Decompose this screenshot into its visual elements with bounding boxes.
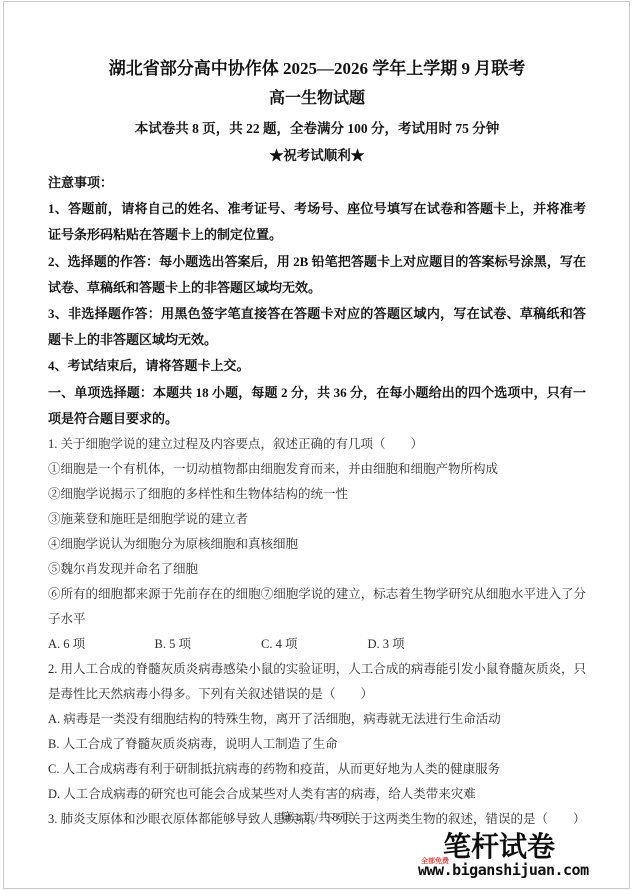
exam-subtitle: 高一生物试题: [48, 88, 586, 110]
notice-item-3: 3、非选择题作答：用黑色签字笔直接答在答题卡对应的答题区域内，写在试卷、草稿纸和…: [48, 301, 586, 353]
question-1-option-c: C. 4 项: [261, 632, 368, 657]
question-2-option-b: B. 人工合成了脊髓灰质炎病毒，说明人工制造了生命: [48, 732, 586, 757]
question-2: 2. 用人工合成的脊髓灰质炎病毒感染小鼠的实验证明，人工合成的病毒能引发小鼠脊髓…: [48, 657, 586, 807]
exam-paper-page: 湖北省部分高中协作体 2025—2026 学年上学期 9 月联考 高一生物试题 …: [0, 0, 633, 890]
notice-item-2: 2、选择题的作答：每小题选出答案后，用 2B 铅笔把答题卡上对应题目的答案标号涂…: [48, 249, 586, 301]
question-1-statement-4: ④细胞学说认为细胞分为原核细胞和真核细胞: [48, 532, 586, 557]
page-content: 湖北省部分高中协作体 2025—2026 学年上学期 9 月联考 高一生物试题 …: [0, 0, 633, 832]
question-1-statement-6: ⑥所有的细胞都来源于先前存在的细胞⑦细胞学说的建立，标志着生物学研究从细胞水平进…: [48, 582, 586, 632]
notice-item-1: 1、答题前，请将自己的姓名、准考证号、考场号、座位号填写在试卷和答题卡上，并将准…: [48, 196, 586, 248]
notice-item-4: 4、考试结束后，请将答题卡上交。: [48, 353, 586, 379]
question-1-option-a: A. 6 项: [48, 632, 155, 657]
notice-section: 注意事项： 1、答题前，请将自己的姓名、准考证号、考场号、座位号填写在试卷和答题…: [48, 170, 586, 380]
page-number: 第 1 页/共 8 页: [0, 809, 633, 825]
question-1-option-d: D. 3 项: [368, 632, 405, 657]
section-one-heading: 一、单项选择题：本题共 18 小题，每题 2 分，共 36 分，在每小题给出的四…: [48, 380, 586, 432]
watermark: 全部免费 笔杆试卷 www.biganshijuan.com: [418, 831, 623, 879]
question-1-statement-3: ③施莱登和施旺是细胞学说的建立者: [48, 507, 586, 532]
exam-wish-line: ★祝考试顺利★: [48, 146, 586, 166]
question-2-option-c: C. 人工合成病毒有利于研制抵抗病毒的药物和疫苗，从而更好地为人类的健康服务: [48, 757, 586, 782]
question-1-option-b: B. 5 项: [155, 632, 262, 657]
question-1: 1. 关于细胞学说的建立过程及内容要点，叙述正确的有几项（ ） ①细胞是一个有机…: [48, 432, 586, 657]
question-1-statement-1: ①细胞是一个有机体，一切动植物都由细胞发育而来，并由细胞和细胞产物所构成: [48, 457, 586, 482]
question-1-statement-2: ②细胞学说揭示了细胞的多样性和生物体结构的统一性: [48, 482, 586, 507]
exam-title: 湖北省部分高中协作体 2025—2026 学年上学期 9 月联考: [48, 0, 586, 80]
question-1-statement-5: ⑤魏尔肖发现并命名了细胞: [48, 557, 586, 582]
watermark-brand: 笔杆试卷: [443, 831, 623, 862]
question-1-stem: 1. 关于细胞学说的建立过程及内容要点，叙述正确的有几项（ ）: [48, 432, 586, 457]
exam-info-line: 本试卷共 8 页，共 22 题，全卷满分 100 分，考试用时 75 分钟: [48, 119, 586, 139]
question-2-option-d: D. 人工合成病毒的研究也可能会合成某些对人类有害的病毒，给人类带来灾难: [48, 782, 586, 807]
question-2-option-a: A. 病毒是一类没有细胞结构的特殊生物，离开了活细胞，病毒就无法进行生命活动: [48, 707, 586, 732]
watermark-free-tag: 全部免费: [421, 858, 449, 866]
question-1-options: A. 6 项 B. 5 项 C. 4 项 D. 3 项: [48, 632, 586, 657]
question-2-stem: 2. 用人工合成的脊髓灰质炎病毒感染小鼠的实验证明，人工合成的病毒能引发小鼠脊髓…: [48, 657, 586, 707]
notice-heading: 注意事项：: [48, 170, 586, 196]
